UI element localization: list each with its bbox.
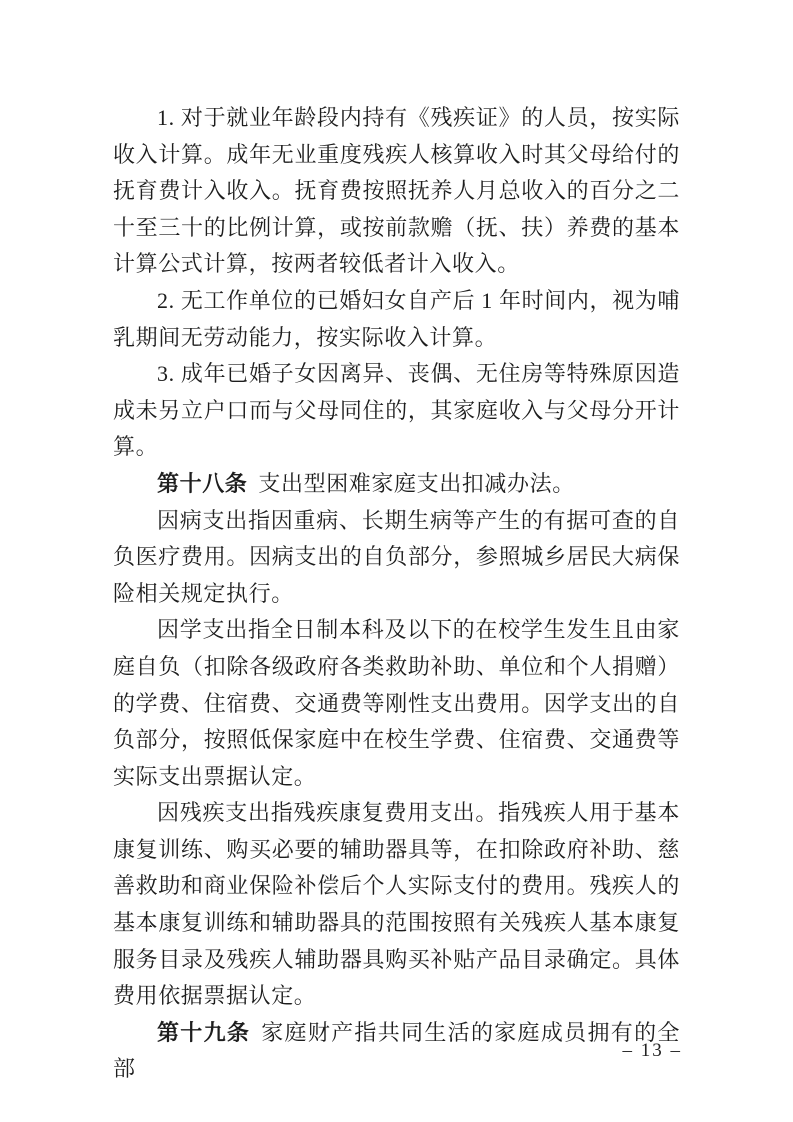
page-number: – 13 – <box>623 1039 683 1063</box>
paragraph-article-19: 第十九条家庭财产指共同生活的家庭成员拥有的全部 <box>113 1015 680 1088</box>
paragraph-text: 1. 对于就业年龄段内持有《残疾证》的人员，按实际收入计算。成年无业重度残疾人核… <box>113 105 680 276</box>
paragraph-text: 2. 无工作单位的已婚妇女自产后 1 年时间内，视为哺乳期间无劳动能力，按实际收… <box>113 288 680 350</box>
paragraph-text: 因病支出指因重病、长期生病等产生的有据可查的自负医疗费用。因病支出的自负部分，参… <box>113 508 680 606</box>
article-18-text: 支出型困难家庭支出扣减办法。 <box>258 471 574 496</box>
paragraph-item-1: 1. 对于就业年龄段内持有《残疾证》的人员，按实际收入计算。成年无业重度残疾人核… <box>113 100 680 283</box>
paragraph-disability-expense: 因残疾支出指残疾康复费用支出。指残疾人用于基本康复训练、购买必要的辅助器具等，在… <box>113 795 680 1015</box>
paragraph-item-2: 2. 无工作单位的已婚妇女自产后 1 年时间内，视为哺乳期间无劳动能力，按实际收… <box>113 283 680 356</box>
paragraph-text: 因学支出指全日制本科及以下的在校学生发生且由家庭自负（扣除各级政府各类救助补助、… <box>113 617 680 788</box>
paragraph-text: 3. 成年已婚子女因离异、丧偶、无住房等特殊原因造成未另立户口而与父母同住的，其… <box>113 361 680 459</box>
paragraph-medical-expense: 因病支出指因重病、长期生病等产生的有据可查的自负医疗费用。因病支出的自负部分，参… <box>113 503 680 613</box>
article-18-term: 第十八条 <box>157 471 247 496</box>
paragraph-article-18: 第十八条支出型困难家庭支出扣减办法。 <box>113 466 680 503</box>
article-19-term: 第十九条 <box>157 1020 250 1045</box>
paragraph-item-3: 3. 成年已婚子女因离异、丧偶、无住房等特殊原因造成未另立户口而与父母同住的，其… <box>113 356 680 466</box>
paragraph-text: 因残疾支出指残疾康复费用支出。指残疾人用于基本康复训练、购买必要的辅助器具等，在… <box>113 800 680 1008</box>
document-body-text: 1. 对于就业年龄段内持有《残疾证》的人员，按实际收入计算。成年无业重度残疾人核… <box>113 100 680 1088</box>
paragraph-education-expense: 因学支出指全日制本科及以下的在校学生发生且由家庭自负（扣除各级政府各类救助补助、… <box>113 612 680 795</box>
document-page: 1. 对于就业年龄段内持有《残疾证》的人员，按实际收入计算。成年无业重度残疾人核… <box>0 0 793 1122</box>
